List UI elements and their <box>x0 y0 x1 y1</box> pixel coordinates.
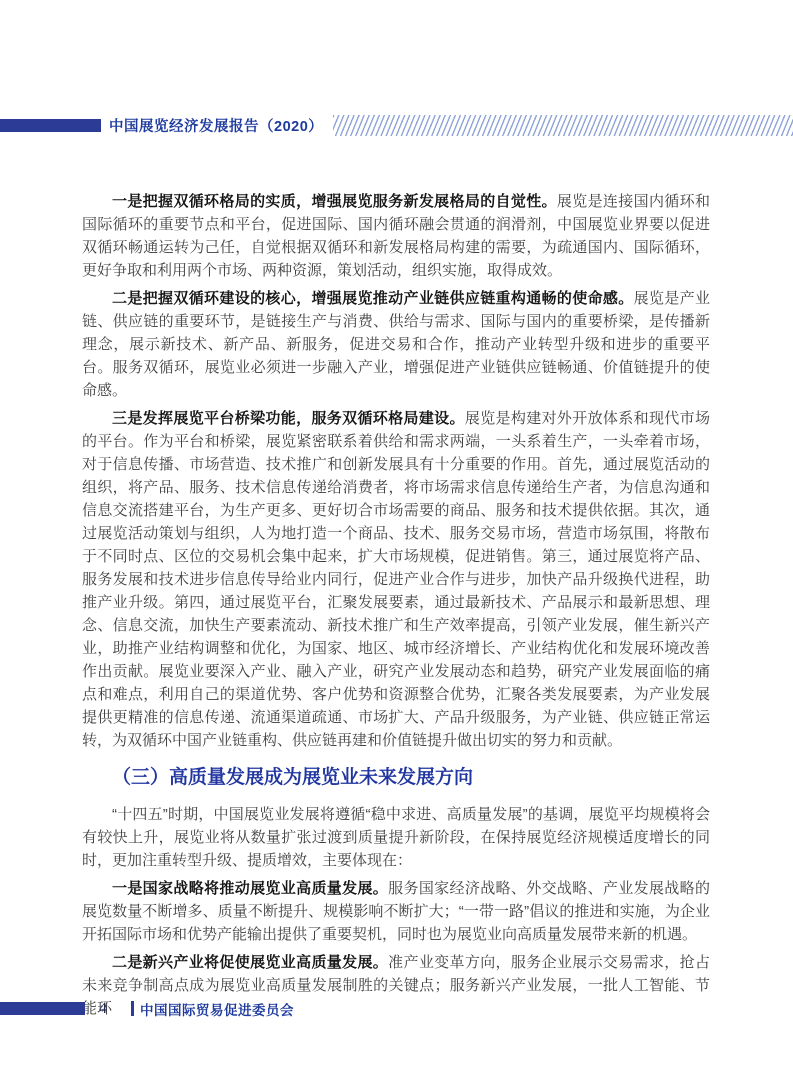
paragraph-4: “十四五”时期，中国展览业发展将遵循“稳中求进、高质量发展”的基调，展览平均规模… <box>82 803 710 872</box>
paragraph-2: 二是把握双循环建设的核心，增强展览推动产业链供应链重构通畅的使命感。展览是产业链… <box>82 287 710 402</box>
header-hatch-pattern <box>333 115 793 136</box>
paragraph-3: 三是发挥展览平台桥梁功能，服务双循环格局建设。展览是构建对外开放体系和现代市场的… <box>82 407 710 752</box>
paragraph-3-lead: 三是发挥展览平台桥梁功能，服务双循环格局建设。 <box>112 410 465 427</box>
paragraph-1-lead: 一是把握双循环格局的实质，增强展览服务新发展格局的自觉性。 <box>112 193 557 210</box>
page-number: 4 <box>99 1000 107 1018</box>
paragraph-6-lead: 二是新兴产业将促使展览业高质量发展。 <box>112 954 388 971</box>
footer-accent-bar <box>0 1002 85 1015</box>
page-header: 中国展览经济发展报告（2020） <box>0 114 793 137</box>
header-accent-bar <box>0 119 101 132</box>
page-footer: 4 中国国际贸易促进委员会 <box>99 1000 294 1017</box>
document-page: 中国展览经济发展报告（2020） 一是把握双循环格局的实质，增强展览服务新发展格… <box>0 0 793 1077</box>
paragraph-5: 一是国家战略将推动展览业高质量发展。服务国家经济战略、外交战略、产业发展战略的展… <box>82 877 710 946</box>
section-heading: （三）高质量发展成为展览业未来发展方向 <box>82 766 710 790</box>
document-body: 一是把握双循环格局的实质，增强展览服务新发展格局的自觉性。展览是连接国内循环和国… <box>82 190 710 1025</box>
footer-organization: 中国国际贸易促进委员会 <box>140 999 294 1019</box>
footer-divider <box>131 1001 134 1016</box>
paragraph-3-text: 展览是构建对外开放体系和现代市场的平台。作为平台和桥梁，展览紧密联系着供给和需求… <box>82 410 710 749</box>
paragraph-4-text: “十四五”时期，中国展览业发展将遵循“稳中求进、高质量发展”的基调，展览平均规模… <box>82 806 710 869</box>
report-title: 中国展览经济发展报告（2020） <box>109 115 323 136</box>
paragraph-1: 一是把握双循环格局的实质，增强展览服务新发展格局的自觉性。展览是连接国内循环和国… <box>82 190 710 282</box>
paragraph-5-lead: 一是国家战略将推动展览业高质量发展。 <box>112 880 388 897</box>
paragraph-2-lead: 二是把握双循环建设的核心，增强展览推动产业链供应链重构通畅的使命感。 <box>112 290 634 307</box>
